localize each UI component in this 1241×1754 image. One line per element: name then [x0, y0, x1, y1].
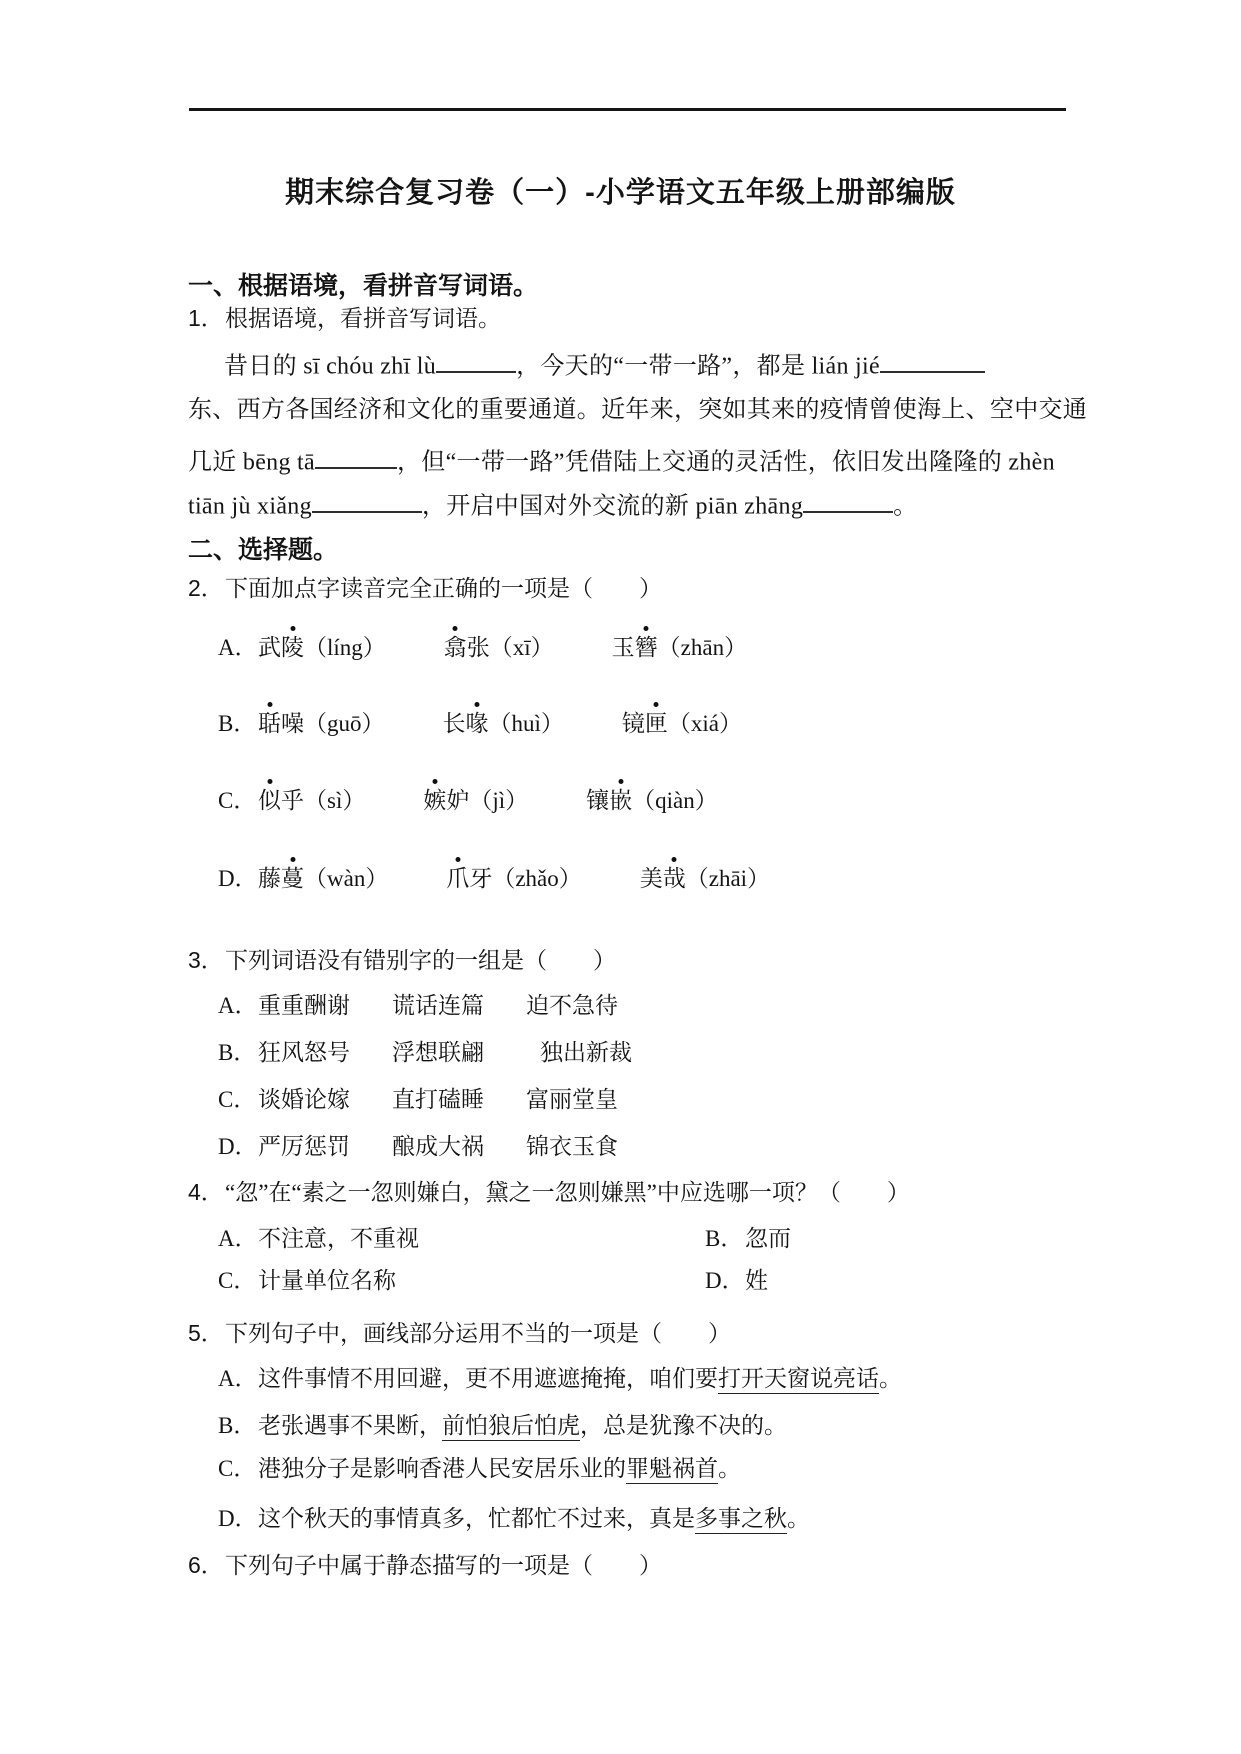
question-3: 3．下列词语没有错别字的一组是（ ）	[188, 945, 616, 976]
section1-heading: 一、根据语境，看拼音写词语。	[188, 266, 538, 302]
option-label: A．	[218, 633, 258, 663]
paragraph-text: 。	[893, 493, 917, 519]
question-6-number: 6．	[188, 1550, 225, 1580]
paragraph-text: ，但“一带一路”凭借陆上交通的灵活性，依旧发出隆隆的 zhèn	[397, 449, 1055, 475]
question-3-option-d: D．严厉惩罚酿成大祸锦衣玉食	[218, 1132, 618, 1162]
paragraph-text: ，开启中国对外交流的新 piān zhāng	[422, 493, 803, 519]
question-2-option-c: C．似乎（sì）嫉妒（jì）镶嵌（qiàn）	[218, 786, 718, 816]
word: 迫不急待	[526, 991, 618, 1021]
dotted-word: 嫉妒（jì）	[423, 786, 528, 816]
answer-blank	[315, 443, 397, 469]
dotted-char: 似	[258, 788, 281, 813]
option-text: 姓	[745, 1268, 768, 1293]
word: 谈婚论嫁	[258, 1085, 350, 1115]
dotted-word: 翕张（xī）	[444, 633, 554, 663]
question-3-option-c: C．谈婚论嫁直打磕睡富丽堂皇	[218, 1085, 618, 1115]
question-5-option-c: C．港独分子是影响香港人民安居乐业的罪魁祸首。	[218, 1454, 741, 1484]
underlined-phrase: 打开天窗说亮话	[718, 1366, 879, 1394]
question-5-text: 下列句子中，画线部分运用不当的一项是（ ）	[225, 1321, 731, 1346]
word: 酿成大祸	[392, 1132, 484, 1162]
option-text: ，总是犹豫不决的。	[580, 1413, 787, 1438]
underlined-phrase: 多事之秋	[695, 1506, 787, 1534]
answer-blank	[312, 487, 422, 513]
question-1-text: 根据语境，看拼音写词语。	[225, 306, 501, 331]
option-label: C．	[218, 786, 258, 816]
dotted-char: 喙	[466, 711, 489, 736]
answer-blank	[803, 487, 893, 513]
option-text: 忽而	[745, 1226, 791, 1251]
option-label: D．	[218, 864, 258, 894]
option-label: C．	[218, 1085, 258, 1115]
exam-document-page: 期末综合复习卷（一）-小学语文五年级上册部编版 一、根据语境，看拼音写词语。 1…	[0, 0, 1241, 1754]
dotted-word: 长喙（huì）	[443, 709, 564, 739]
question-4-option-b: B．忽而	[705, 1224, 791, 1254]
dotted-word: 似乎（sì）	[258, 786, 365, 816]
question-1-number: 1．	[188, 303, 225, 333]
dotted-char: 翕	[444, 635, 467, 660]
question-4: 4．“忽”在“素之一忽则嫌白，黛之一忽则嫌黑”中应选哪一项？（ ）	[188, 1177, 910, 1208]
option-text: 这件事情不用回避，更不用遮遮掩掩，咱们要	[258, 1366, 718, 1391]
question-5-option-b: B．老张遇事不果断，前怕狼后怕虎，总是犹豫不决的。	[218, 1411, 787, 1441]
section2-heading: 二、选择题。	[188, 530, 338, 566]
question-6: 6．下列句子中属于静态描写的一项是（ ）	[188, 1550, 662, 1581]
question-2-option-d: D．藤蔓（wàn）爪牙（zhǎo）美哉（zhāi）	[218, 864, 770, 894]
dotted-word: 武陵（líng）	[258, 633, 386, 663]
option-label: A．	[218, 991, 258, 1021]
question-5-option-d: D．这个秋天的事情真多，忙都忙不过来，真是多事之秋。	[218, 1504, 810, 1534]
pinyin-paragraph-line-3: 几近 bēng tā，但“一带一路”凭借陆上交通的灵活性，依旧发出隆隆的 zhè…	[188, 443, 1055, 477]
dotted-char: 哉	[663, 866, 686, 891]
option-text: 。	[718, 1456, 741, 1481]
dotted-char: 嫉	[423, 788, 446, 813]
word: 锦衣玉食	[526, 1132, 618, 1162]
question-2-number: 2．	[188, 573, 225, 603]
dotted-char: 嵌	[609, 788, 632, 813]
question-6-text: 下列句子中属于静态描写的一项是（ ）	[225, 1553, 662, 1578]
dotted-word: 玉簪（zhān）	[612, 633, 747, 663]
option-label: A．	[218, 1224, 258, 1254]
option-label: D．	[218, 1132, 258, 1162]
paragraph-text: 东、西方各国经济和文化的重要通道。近年来，突如其来的疫情曾使海上、空中交通	[188, 397, 1087, 423]
answer-blank	[880, 347, 985, 373]
paragraph-text: ，今天的“一带一路”，都是 lián jié	[516, 353, 880, 379]
question-4-text: “忽”在“素之一忽则嫌白，黛之一忽则嫌黑”中应选哪一项？（ ）	[225, 1180, 910, 1205]
question-4-option-row-2: C．计量单位名称 D．姓	[218, 1266, 1118, 1296]
dotted-char: 陵	[281, 635, 304, 660]
question-5: 5．下列句子中，画线部分运用不当的一项是（ ）	[188, 1318, 731, 1349]
question-3-option-b: B．狂风怒号浮想联翩独出新裁	[218, 1038, 632, 1068]
option-text: 。	[787, 1506, 810, 1531]
word: 直打磕睡	[392, 1085, 484, 1115]
word: 严厉惩罚	[258, 1132, 350, 1162]
dotted-char: 爪	[446, 866, 469, 891]
word: 独出新裁	[540, 1038, 632, 1068]
question-5-number: 5．	[188, 1318, 225, 1348]
dotted-word: 美哉（zhāi）	[640, 864, 770, 894]
question-3-number: 3．	[188, 945, 225, 975]
dotted-word: 藤蔓（wàn）	[258, 864, 388, 894]
word: 浮想联翩	[392, 1038, 484, 1068]
paragraph-text: tiān jù xiǎng	[188, 493, 312, 519]
dotted-word: 爪牙（zhǎo）	[446, 864, 581, 894]
paragraph-text: 几近 bēng tā	[188, 449, 315, 475]
option-label: C．	[218, 1266, 258, 1296]
pinyin-paragraph-line-1: 昔日的 sī chóu zhī lù，今天的“一带一路”，都是 lián jié	[224, 347, 985, 381]
underlined-phrase: 罪魁祸首	[626, 1456, 718, 1484]
option-label: B．	[705, 1224, 745, 1254]
word: 谎话连篇	[392, 991, 484, 1021]
option-label: D．	[218, 1504, 258, 1534]
dotted-word: 聒噪（guō）	[258, 709, 385, 739]
page-title: 期末综合复习卷（一）-小学语文五年级上册部编版	[0, 170, 1241, 211]
dotted-word: 镶嵌（qiàn）	[586, 786, 718, 816]
option-label: B．	[218, 709, 258, 739]
option-label: D．	[705, 1266, 745, 1296]
option-label: B．	[218, 1411, 258, 1441]
question-3-option-a: A．重重酬谢谎话连篇迫不急待	[218, 991, 618, 1021]
word: 狂风怒号	[258, 1038, 350, 1068]
answer-blank	[436, 347, 516, 373]
option-text: 不注意，不重视	[258, 1226, 419, 1251]
question-5-option-a: A．这件事情不用回避，更不用遮遮掩掩，咱们要打开天窗说亮话。	[218, 1364, 902, 1394]
option-text: 这个秋天的事情真多，忙都忙不过来，真是	[258, 1506, 695, 1531]
underlined-phrase: 前怕狼后怕虎	[442, 1413, 580, 1441]
option-text: 老张遇事不果断，	[258, 1413, 442, 1438]
dotted-word: 镜匣（xiá）	[622, 709, 742, 739]
pinyin-paragraph-line-2: 东、西方各国经济和文化的重要通道。近年来，突如其来的疫情曾使海上、空中交通	[188, 395, 1087, 425]
word: 重重酬谢	[258, 991, 350, 1021]
dotted-char: 聒	[258, 711, 281, 736]
question-3-text: 下列词语没有错别字的一组是（ ）	[225, 948, 616, 973]
dotted-char: 簪	[635, 635, 658, 660]
option-text: 。	[879, 1366, 902, 1391]
option-label: B．	[218, 1038, 258, 1068]
question-4-option-row-1: A．不注意，不重视 B．忽而	[218, 1224, 1118, 1254]
paragraph-text: 昔日的 sī chóu zhī lù	[224, 353, 436, 379]
question-2-option-a: A．武陵（líng）翕张（xī）玉簪（zhān）	[218, 633, 747, 663]
question-1: 1．根据语境，看拼音写词语。	[188, 303, 501, 334]
question-4-option-d: D．姓	[705, 1266, 768, 1296]
question-4-number: 4．	[188, 1177, 225, 1207]
option-text: 计量单位名称	[258, 1268, 396, 1293]
dotted-char: 蔓	[281, 866, 304, 891]
top-rule	[189, 108, 1066, 111]
question-2-option-b: B．聒噪（guō）长喙（huì）镜匣（xiá）	[218, 709, 742, 739]
option-label: A．	[218, 1364, 258, 1394]
option-label: C．	[218, 1454, 258, 1484]
word: 富丽堂皇	[526, 1085, 618, 1115]
dotted-char: 匣	[645, 711, 668, 736]
question-2: 2．下面加点字读音完全正确的一项是（ ）	[188, 573, 662, 604]
question-2-text: 下面加点字读音完全正确的一项是（ ）	[225, 576, 662, 601]
pinyin-paragraph-line-4: tiān jù xiǎng，开启中国对外交流的新 piān zhāng。	[188, 487, 917, 521]
option-text: 港独分子是影响香港人民安居乐业的	[258, 1456, 626, 1481]
